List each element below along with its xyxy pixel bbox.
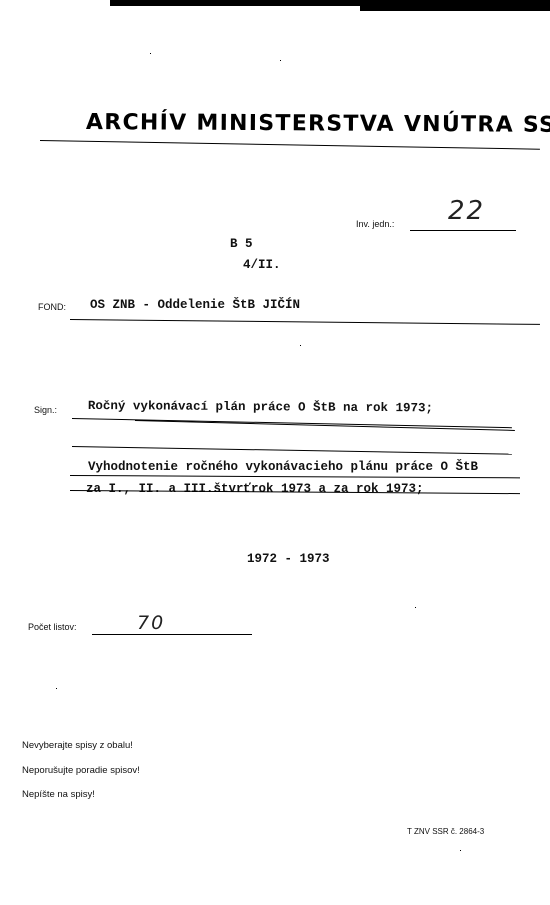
notice-3: Nepíšte na spisy!: [22, 789, 95, 800]
inventory-underline: [410, 230, 516, 231]
page-count-label: Počet listov:: [28, 622, 77, 632]
inventory-value: 22: [448, 196, 485, 226]
archive-title: ARCHÍV MINISTERSTVA VNÚTRA SSR: [86, 110, 550, 138]
signature-underline-4: [70, 475, 520, 478]
notice-2: Neporušujte poradie spisov!: [22, 765, 140, 776]
signature-line-3: za I., II. a III.štvrťrok 1973 a za rok …: [86, 482, 424, 496]
reference-line-1: B 5: [230, 237, 253, 251]
fond-underline: [70, 319, 540, 325]
form-code: T ZNV SSR č. 2864-3: [407, 827, 484, 836]
scan-edge-band: [360, 4, 550, 11]
fond-label: FOND:: [38, 302, 66, 312]
notice-1: Nevyberajte spisy z obalu!: [22, 740, 133, 751]
scan-speck: [415, 607, 416, 608]
signature-label: Sign.:: [34, 405, 57, 415]
scan-speck: [56, 688, 57, 689]
page-count-underline: [92, 634, 252, 635]
date-range: 1972 - 1973: [247, 552, 330, 566]
signature-underline-3: [72, 446, 512, 455]
fond-value: OS ZNB - Oddelenie ŠtB JIČÍN: [90, 298, 300, 312]
inventory-label: Inv. jedn.:: [356, 219, 394, 229]
scan-speck: [300, 345, 301, 346]
page-count-value: 70: [137, 612, 165, 634]
scan-speck: [280, 60, 281, 61]
title-underline: [40, 140, 540, 150]
reference-line-2: 4/II.: [243, 258, 281, 272]
scan-speck: [150, 53, 151, 54]
scan-speck: [460, 850, 461, 851]
signature-line-2: Vyhodnotenie ročného vykonávacieho plánu…: [88, 460, 478, 474]
signature-line-1: Ročný vykonávací plán práce O ŠtB na rok…: [88, 399, 433, 415]
